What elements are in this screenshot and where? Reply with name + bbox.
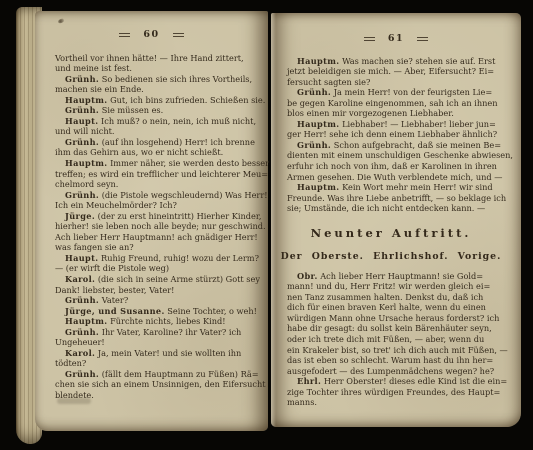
text-line: Grünh. So bedienen sie sich ihres Vorthe… bbox=[55, 74, 262, 85]
speaker-name: Grünh. bbox=[65, 190, 99, 200]
text-line: Armen gesehen. Die Wuth verblendete mich… bbox=[287, 172, 515, 183]
text-line: dich für einen braven Kerl halte, wenn d… bbox=[287, 302, 515, 313]
text-line: jetzt beleidigen sie mich. — Aber, Eifer… bbox=[287, 66, 515, 77]
left-page-text: Vortheil vor ihnen hätte! — Ihre Hand zi… bbox=[55, 53, 262, 401]
text-line: manns. bbox=[287, 397, 515, 408]
text-line: Grünh. Vater? bbox=[55, 295, 262, 306]
text-line: Karol. Ja, mein Vater! und sie wollten i… bbox=[55, 348, 262, 359]
speaker-name: Obr. bbox=[297, 271, 318, 281]
text-line: treffen; es wird ein trefflicher und lei… bbox=[55, 169, 262, 180]
text-line: und will nicht. bbox=[55, 126, 262, 137]
text-line: und meine ist fest. bbox=[55, 63, 262, 74]
text-line: habe dir gesagt: du sollst kein Bärenhäu… bbox=[287, 323, 515, 334]
text-line: ger Herr! sehe ich denn einem Liebhaber … bbox=[287, 129, 515, 140]
text-line: Hauptm. Was machen sie? stehen sie auf. … bbox=[287, 56, 515, 67]
text-line: Grünh. Schon aufgebracht, daß sie meinen… bbox=[287, 140, 515, 151]
text-line: Haupt. Ruhig Freund, ruhig! wozu der Ler… bbox=[55, 253, 262, 264]
speaker-name: Karol. bbox=[65, 348, 95, 358]
text-line: Grünh. (die Pistole wegschleudernd) Was … bbox=[55, 190, 262, 201]
text-line: Grünh. Sie müssen es. bbox=[55, 105, 262, 116]
text-line: ausgefodert — des Lumpenmädchens wegen? … bbox=[287, 366, 515, 377]
speaker-name: Grünh. bbox=[65, 74, 99, 84]
speaker-name: Grünh. bbox=[65, 327, 99, 337]
text-line: Hauptm. Fürchte nichts, liebes Kind! bbox=[55, 316, 262, 327]
text-line: Jürge. (der zu erst hineintritt) Hierher… bbox=[55, 211, 262, 222]
text-line: mann! und du, Herr Fritz! wir werden gle… bbox=[287, 281, 515, 292]
page-number-ornament bbox=[173, 33, 184, 37]
speaker-name: Hauptm. bbox=[65, 95, 107, 105]
text-line: Grünh. (auf ihn losgehend) Herr! ich bre… bbox=[55, 137, 262, 148]
right-page-header: 61 bbox=[271, 34, 521, 44]
text-line: Dank! liebster, bester, Vater! bbox=[55, 285, 262, 296]
text-line: chen sie sich an einem Unsinnigen, den E… bbox=[55, 379, 262, 390]
text-line: fersucht sagten sie? bbox=[287, 77, 515, 88]
text-line: Grünh. Ja mein Herr! von der feurigsten … bbox=[287, 87, 515, 98]
text-line: sie; Umstände, die ich nicht entdecken k… bbox=[287, 203, 515, 214]
text-line: Hauptm. Immer näher, sie werden desto be… bbox=[55, 158, 262, 169]
speaker-name: Hauptm. bbox=[65, 158, 107, 168]
text-line: das ist eben so schlecht. Warum hast du … bbox=[287, 355, 515, 366]
text-line: Ich ein Meuchelmörder? Ich? bbox=[55, 200, 262, 211]
text-line: be gegen Karoline eingenommen, sah ich a… bbox=[287, 98, 515, 109]
text-line: Hauptm. Kein Wort mehr mein Herr! wir si… bbox=[287, 182, 515, 193]
text-line: Ungeheuer! bbox=[55, 337, 262, 348]
speaker-name: Grünh. bbox=[65, 369, 99, 379]
text-line: Ach lieber Herr Hauptmann! ach gnädiger … bbox=[55, 232, 262, 243]
speaker-name: Grünh. bbox=[65, 105, 99, 115]
text-line: Jürge, und Susanne. Seine Tochter, o weh… bbox=[55, 306, 262, 317]
right-page-text-bottom: Obr. Ach lieber Herr Hauptmann! sie Gold… bbox=[287, 271, 515, 408]
text-line: Ehrl. Herr Oberster! dieses edle Kind is… bbox=[287, 376, 515, 387]
text-line: Haupt. Ich muß? o nein, nein, ich muß ni… bbox=[55, 116, 262, 127]
page-number-ornament bbox=[364, 37, 375, 41]
text-line: Hauptm. Liebhaber! — Liebhaber! lieber j… bbox=[287, 119, 515, 130]
text-line: — (er wirft die Pistole weg) bbox=[55, 263, 262, 274]
right-page-text-top: Hauptm. Was machen sie? stehen sie auf. … bbox=[287, 56, 515, 214]
speaker-name: Jürge, und Susanne. bbox=[65, 306, 165, 316]
speaker-name: Haupt. bbox=[65, 116, 98, 126]
speaker-name: Haupt. bbox=[65, 253, 98, 263]
speaker-name: Ehrl. bbox=[297, 376, 321, 386]
speaker-name: Grünh. bbox=[65, 295, 99, 305]
speaker-name: Grünh. bbox=[65, 137, 99, 147]
text-line: oder ich trete dich mit Füßen, — aber, w… bbox=[287, 334, 515, 345]
paper-speck bbox=[57, 18, 64, 24]
text-line: tödten? bbox=[55, 358, 262, 369]
text-line: machen sie ein Ende. bbox=[55, 84, 262, 95]
speaker-name: Hauptm. bbox=[297, 182, 339, 192]
speaker-name: Hauptm. bbox=[65, 316, 107, 326]
show-through-smudge bbox=[57, 398, 91, 404]
scene-cast-list: Der Oberste. Ehrlichshof. Vorige. bbox=[271, 251, 511, 262]
speaker-name: Karol. bbox=[65, 274, 95, 284]
text-line: Freunde. Was ihre Liebe anbetrifft, — so… bbox=[287, 193, 515, 204]
text-line: Karol. (die sich in seine Arme stürzt) G… bbox=[55, 274, 262, 285]
left-page-header: 60 bbox=[35, 30, 268, 40]
speaker-name: Hauptm. bbox=[297, 56, 339, 66]
text-line: chelmord seyn. bbox=[55, 179, 262, 190]
text-line: Obr. Ach lieber Herr Hauptmann! sie Gold… bbox=[287, 271, 515, 282]
text-line: hierher! sie leben noch alle beyde; nur … bbox=[55, 221, 262, 232]
speaker-name: Hauptm. bbox=[297, 119, 339, 129]
text-line: ihm das Gehirn aus, wo er nicht schießt. bbox=[55, 147, 262, 158]
text-line: ein Krakeler bist, so tret' ich dich auc… bbox=[287, 345, 515, 356]
text-line: blos einen mir vorgezogenen Liebhaber. bbox=[287, 108, 515, 119]
text-line: erfuhr ich noch von ihm, daß er Karoline… bbox=[287, 161, 515, 172]
right-page-number: 61 bbox=[388, 34, 404, 44]
speaker-name: Grünh. bbox=[297, 140, 331, 150]
text-line: dienten mit einem unschuldigen Geschenke… bbox=[287, 150, 515, 161]
book-photo: 60 Vortheil vor ihnen hätte! — Ihre Hand… bbox=[0, 0, 533, 450]
text-line: was fangen sie an? bbox=[55, 242, 262, 253]
right-page: 61 Hauptm. Was machen sie? stehen sie au… bbox=[271, 13, 521, 427]
text-line: Grünh. (fällt dem Hauptmann zu Füßen) Rä… bbox=[55, 369, 262, 380]
page-number-ornament bbox=[119, 33, 130, 37]
text-line: zige Tochter ihres würdigen Freundes, de… bbox=[287, 387, 515, 398]
text-line: Vortheil vor ihnen hätte! — Ihre Hand zi… bbox=[55, 53, 262, 64]
text-line: Hauptm. Gut, ich bins zufrieden. Schieße… bbox=[55, 95, 262, 106]
scene-heading: Neunter Auftritt. bbox=[271, 226, 511, 240]
text-line: Grünh. Ihr Vater, Karoline? ihr Vater? i… bbox=[55, 327, 262, 338]
page-number-ornament bbox=[417, 37, 428, 41]
text-line: nen Tanz zusammen halten. Denkst du, daß… bbox=[287, 292, 515, 303]
left-page: 60 Vortheil vor ihnen hätte! — Ihre Hand… bbox=[35, 11, 268, 431]
speaker-name: Grünh. bbox=[297, 87, 331, 97]
speaker-name: Jürge. bbox=[65, 211, 95, 221]
left-page-number: 60 bbox=[143, 30, 159, 40]
text-line: würdigen Mann ohne Ursache heraus forder… bbox=[287, 313, 515, 324]
